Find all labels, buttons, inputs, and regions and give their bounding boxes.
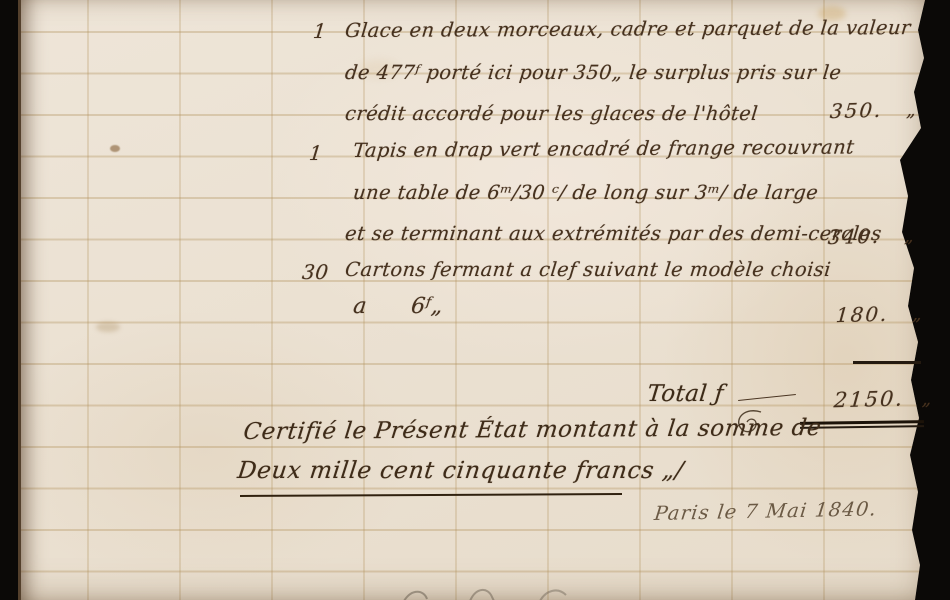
ditto-mark: „ (904, 226, 917, 247)
qty-value: 1 (312, 19, 328, 43)
total-amount: 2150. (833, 386, 905, 412)
amount-value: 180. (835, 302, 890, 327)
qty-value: 30 (301, 260, 330, 284)
item-line: Tapis en drap vert encadré de frange rec… (352, 136, 856, 162)
qty-value: 1 (308, 141, 324, 165)
item-line: et se terminant aux extrémités par des d… (344, 222, 883, 245)
item-line: a 6ᶠ„ (352, 294, 444, 319)
total-label: Total ƒ (646, 381, 725, 407)
amount-cell: 350. „ (829, 97, 919, 123)
certification-line: Deux mille cent cinquante francs „/ (236, 456, 686, 484)
ditto-mark: „ (921, 389, 934, 410)
ditto-mark: „ (912, 304, 925, 325)
total-amount-cell: 2150. „ (833, 386, 935, 413)
amount-cell: 180. „ (835, 301, 925, 327)
total-rule (853, 361, 921, 364)
item-line: Glace en deux morceaux, cadre et parquet… (344, 16, 912, 42)
item-line: une table de 6ᵐ/30 ᶜ/ de long sur 3ᵐ/ de… (352, 181, 819, 204)
cutoff-writing-fragment (400, 585, 580, 600)
amount-cell: 340. „ (827, 223, 917, 249)
amount-value: 340. (827, 224, 882, 249)
stain (96, 322, 120, 332)
ditto-mark: „ (906, 100, 919, 121)
scanned-manuscript-view: 1 Glace en deux morceaux, cadre et parqu… (0, 0, 950, 600)
item-line: de 477ᶠ porté ici pour 350„ le surplus p… (344, 61, 843, 84)
amount-value: 350. (829, 98, 884, 123)
date-line: Paris le 7 Mai 1840. (653, 497, 878, 525)
stain (110, 145, 120, 152)
item-line: crédit accordé pour les glaces de l'hôte… (344, 102, 759, 125)
item-line: Cartons fermant a clef suivant le modèle… (344, 258, 832, 281)
certification-line: Certifié le Présent État montant à la so… (242, 415, 823, 445)
